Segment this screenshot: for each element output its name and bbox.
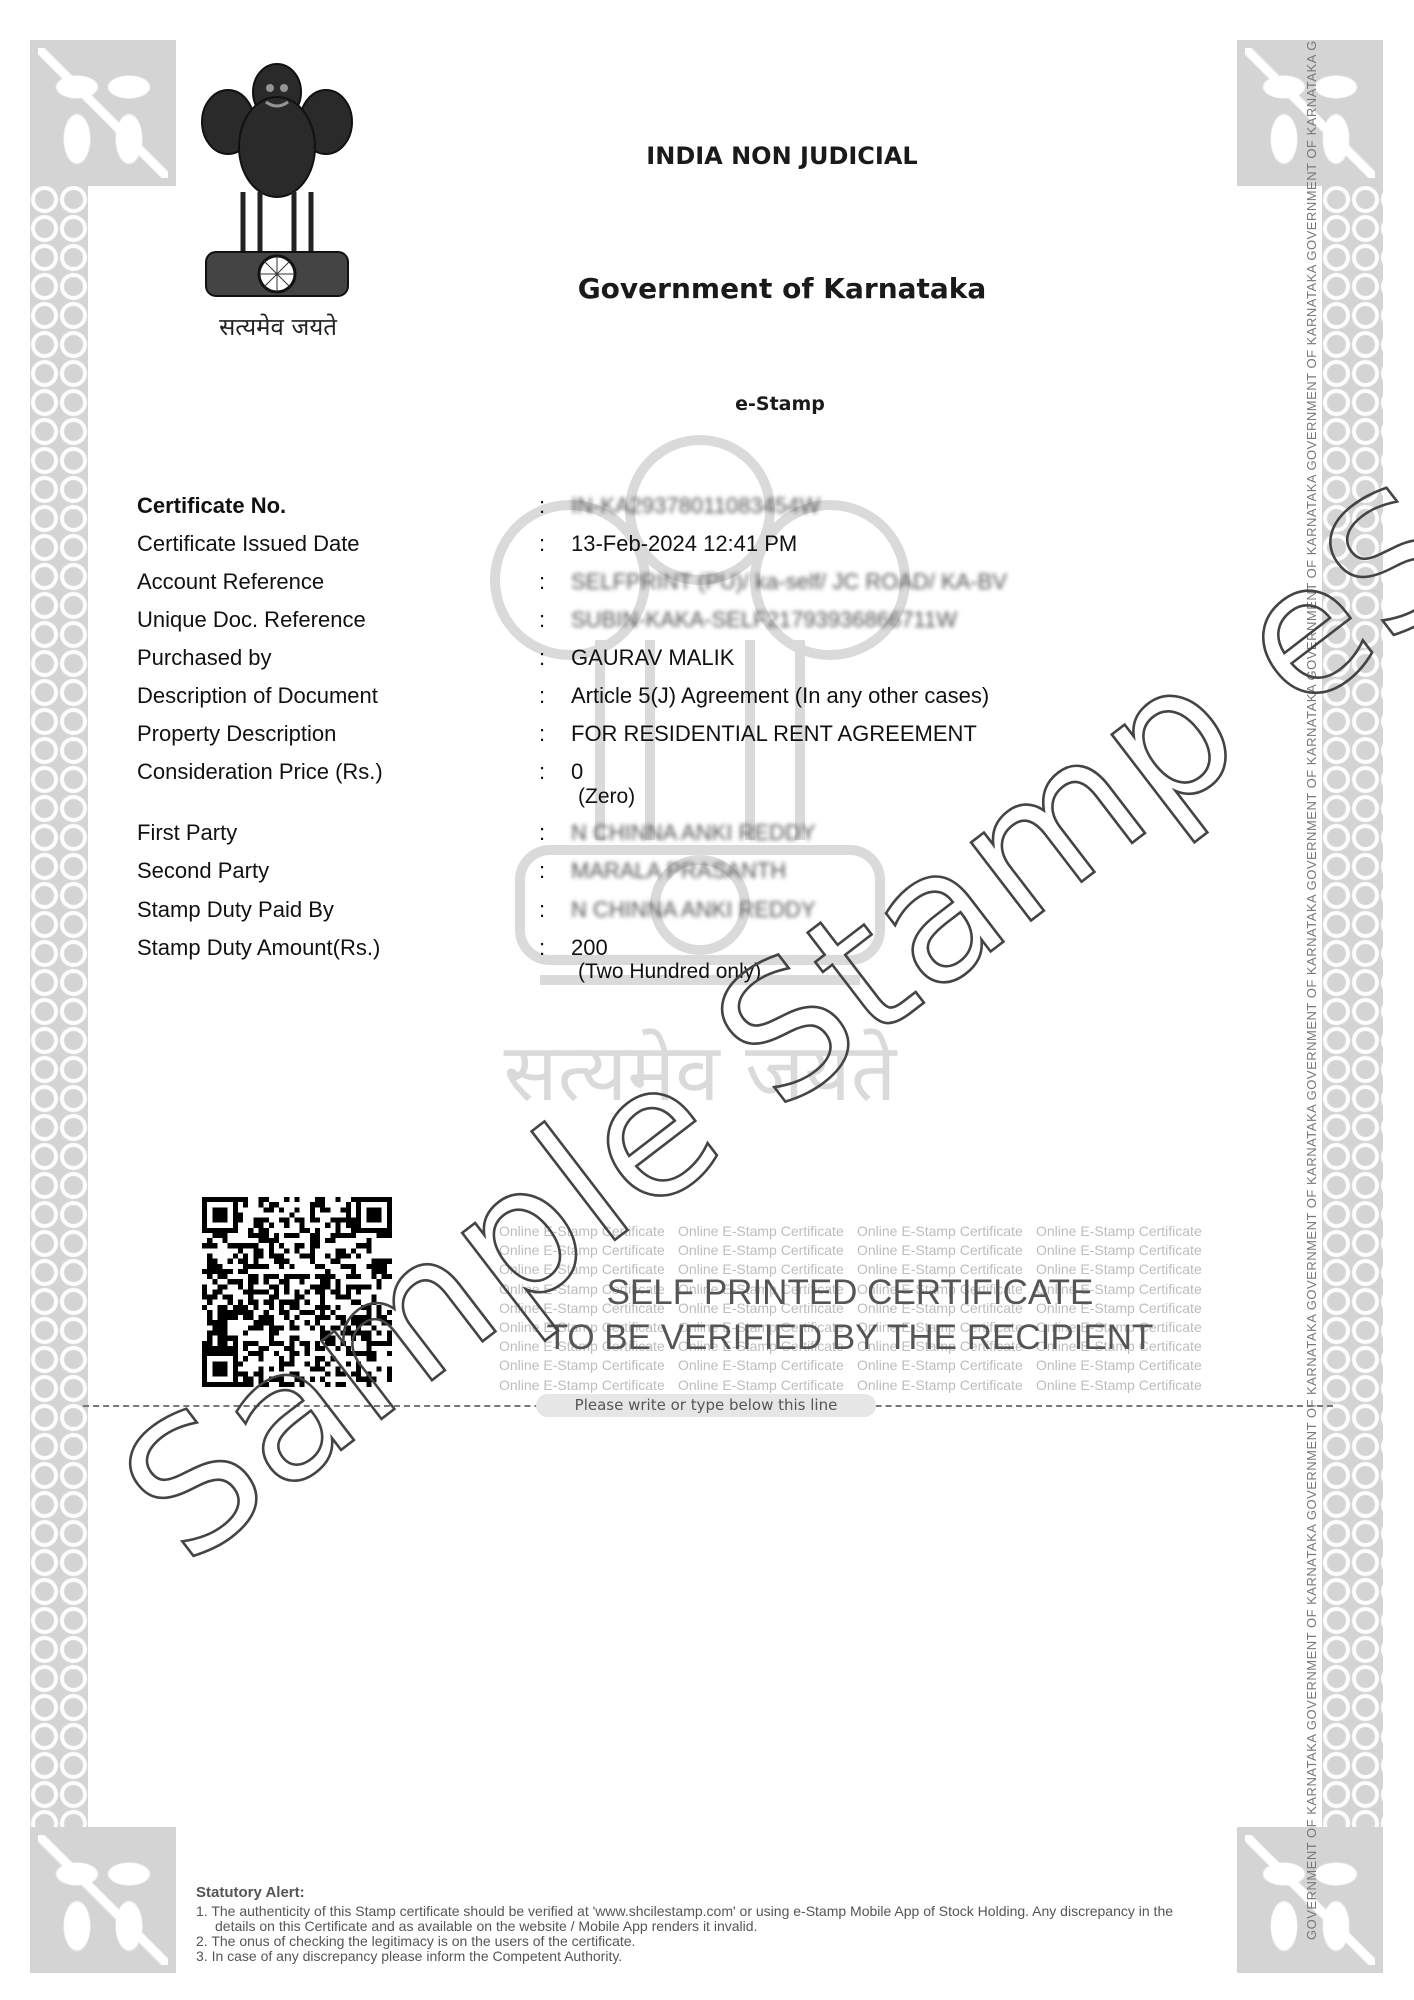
detail-label: Certificate No. xyxy=(137,493,286,519)
detail-value: 13-Feb-2024 12:41 PM xyxy=(571,531,797,557)
header-estamp: e-Stamp xyxy=(600,393,960,415)
detail-separator: : xyxy=(539,858,545,884)
emblem-motto: सत्यमेव जयते xyxy=(190,310,366,343)
detail-separator: : xyxy=(539,645,545,671)
detail-label: Property Description xyxy=(137,721,336,747)
detail-value: Article 5(J) Agreement (In any other cas… xyxy=(571,683,989,709)
detail-separator: : xyxy=(539,531,545,557)
detail-value: FOR RESIDENTIAL RENT AGREEMENT xyxy=(571,721,977,747)
detail-separator: : xyxy=(539,820,545,846)
background-text: Online E-Stamp Certificate xyxy=(1036,1241,1215,1260)
detail-separator: : xyxy=(539,683,545,709)
statutory-item: 2. The onus of checking the legitimacy i… xyxy=(196,1934,1196,1949)
border-vertical-text: GOVERNMENT OF KARNATAKA GOVERNMENT OF KA… xyxy=(1304,40,1320,1940)
background-text: Online E-Stamp Certificate xyxy=(678,1241,857,1260)
background-text: Online E-Stamp Certificate xyxy=(1036,1376,1215,1394)
detail-separator: : xyxy=(539,935,545,961)
background-text: Online E-Stamp Certificate xyxy=(857,1222,1036,1241)
detail-label: Unique Doc. Reference xyxy=(137,607,366,633)
background-text: Online E-Stamp Certificate xyxy=(678,1376,857,1394)
detail-label: Stamp Duty Paid By xyxy=(137,897,334,923)
statutory-item: 3. In case of any discrepancy please inf… xyxy=(196,1949,1196,1964)
background-text: Online E-Stamp Certificate xyxy=(857,1241,1036,1260)
detail-separator: : xyxy=(539,897,545,923)
corner-ornament-top-left xyxy=(30,40,176,186)
ashoka-emblem-icon xyxy=(188,52,366,302)
detail-separator: : xyxy=(539,493,545,519)
corner-ornament-bottom-left xyxy=(30,1827,176,1973)
detail-value: MARALA PRASANTH xyxy=(571,858,786,884)
background-text: Online E-Stamp Certificate xyxy=(857,1376,1036,1394)
detail-separator: : xyxy=(539,721,545,747)
detail-label: Account Reference xyxy=(137,569,324,595)
header-government: Government of Karnataka xyxy=(500,272,1064,305)
statutory-alert-title: Statutory Alert: xyxy=(196,1885,1196,1900)
border-right xyxy=(1322,40,1383,1972)
detail-label: Consideration Price (Rs.) xyxy=(137,759,383,785)
header-india-non-judicial: INDIA NON JUDICIAL xyxy=(500,142,1064,170)
self-printed-line2: TO BE VERIFIED BY THE RECIPIENT xyxy=(480,1315,1220,1360)
detail-label: Second Party xyxy=(137,858,269,884)
detail-separator: : xyxy=(539,607,545,633)
background-text: Online E-Stamp Certificate xyxy=(499,1376,678,1394)
border-left xyxy=(30,40,88,1972)
detail-value: IN-KA29378011083454W xyxy=(571,493,820,519)
detail-label: Certificate Issued Date xyxy=(137,531,360,557)
detail-value: SUBIN-KAKA-SELF21793936866711W xyxy=(571,607,957,633)
detail-label: First Party xyxy=(137,820,237,846)
detail-separator: : xyxy=(539,569,545,595)
detail-value: 0 xyxy=(571,759,583,785)
detail-label: Purchased by xyxy=(137,645,272,671)
detail-value: GAURAV MALIK xyxy=(571,645,734,671)
background-text: Online E-Stamp Certificate xyxy=(1036,1222,1215,1241)
detail-value-words: (Zero) xyxy=(578,785,635,809)
detail-value: N CHINNA ANKI REDDY xyxy=(571,820,816,846)
detail-label: Stamp Duty Amount(Rs.) xyxy=(137,935,380,961)
detail-label: Description of Document xyxy=(137,683,378,709)
statutory-item: 1. The authenticity of this Stamp certif… xyxy=(196,1904,1196,1934)
detail-value: SELFPRINT (PU)/ ka-self/ JC ROAD/ KA-BV xyxy=(571,569,1007,595)
write-below-label: Please write or type below this line xyxy=(536,1394,876,1417)
statutory-alert: Statutory Alert: 1. The authenticity of … xyxy=(196,1885,1196,1964)
detail-separator: : xyxy=(539,759,545,785)
detail-value: 200 xyxy=(571,935,608,961)
